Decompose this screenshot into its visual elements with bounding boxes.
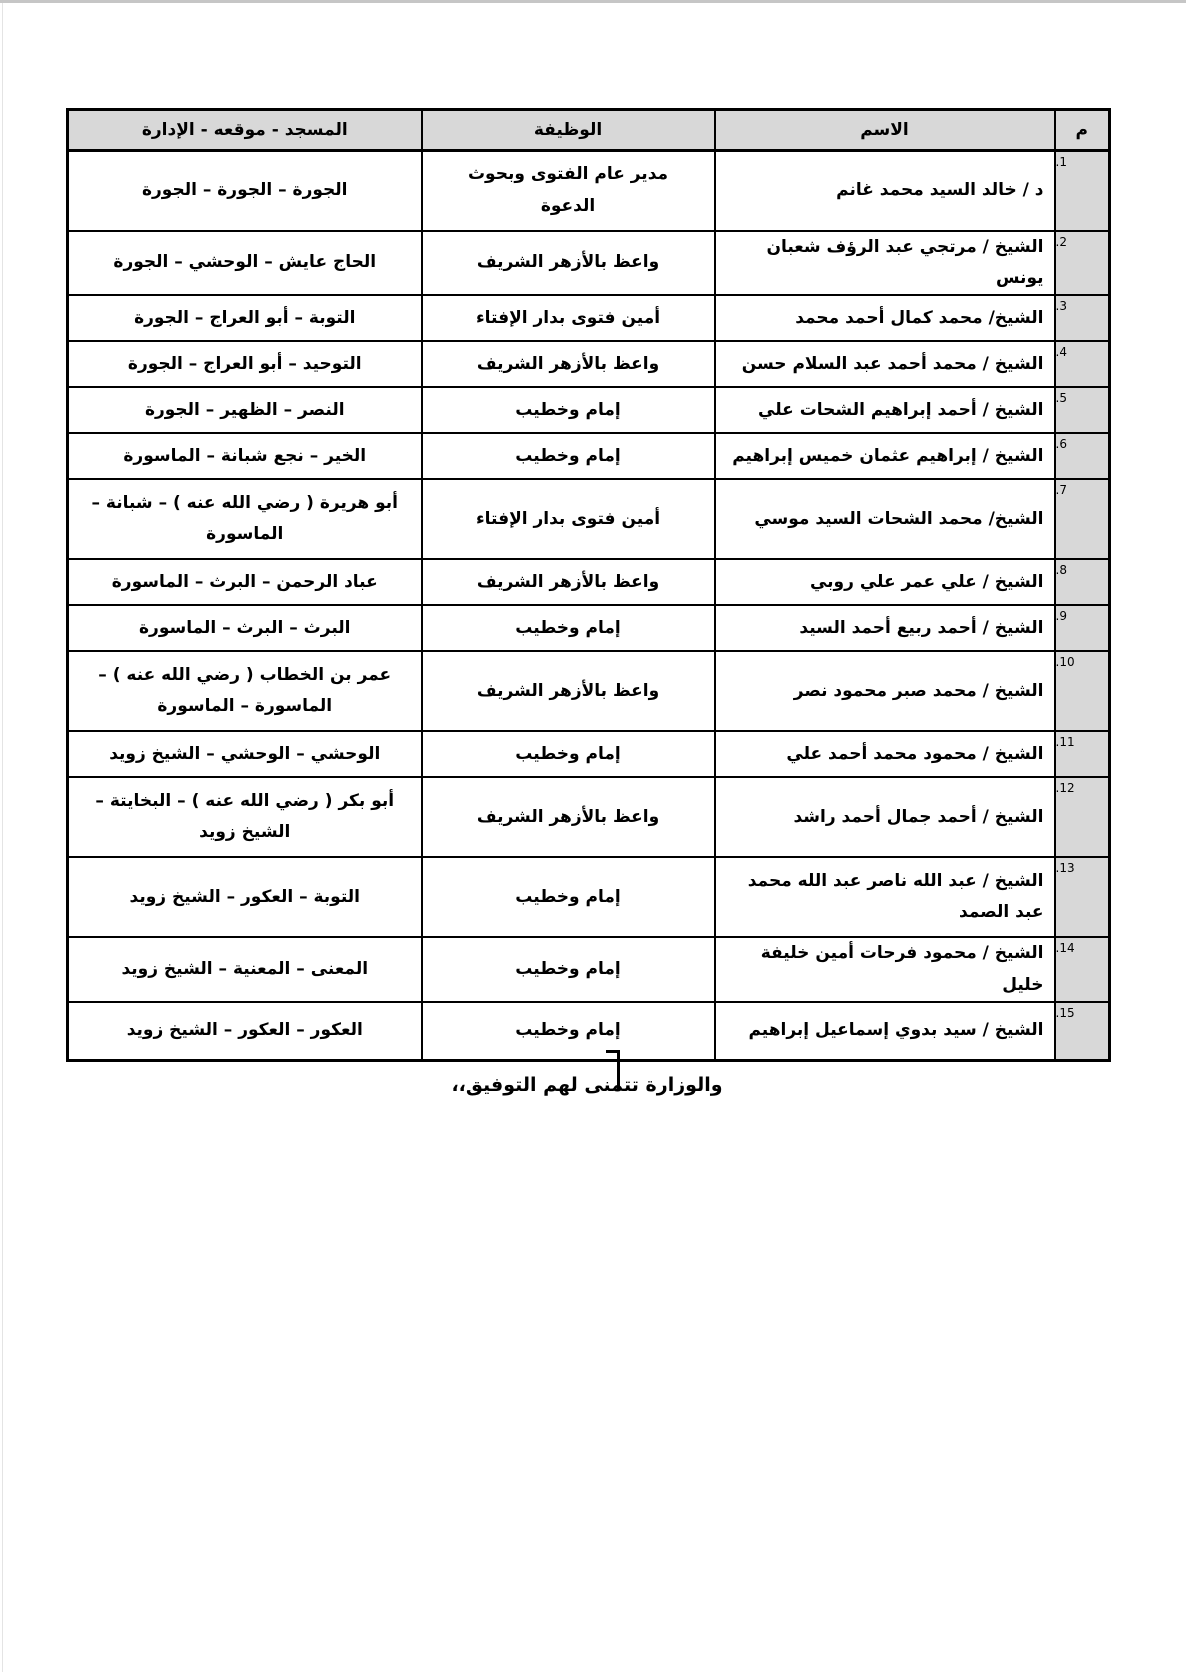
job-cell: واعظ بالأزهر الشريف xyxy=(422,341,715,387)
ministry-wish-note: والوزارة تتمنى لهم التوفيق،، xyxy=(66,1074,1108,1096)
table-row: .10 الشيخ / محمد صبر محمود نصر واعظ بالأ… xyxy=(68,651,1110,731)
job-cell: إمام وخطيب xyxy=(422,731,715,777)
mosque-cell: الوحشي – الوحشي – الشيخ زويد xyxy=(68,731,422,777)
mosque-cell: عمر بن الخطاب ( رضي الله عنه ) – الماسور… xyxy=(68,651,422,731)
row-number: .5 xyxy=(1055,387,1110,433)
job-cell: إمام وخطيب xyxy=(422,605,715,651)
name-cell: الشيخ / أحمد ربيع أحمد السيد xyxy=(715,605,1055,651)
name-cell: الشيخ / مرتجي عبد الرؤف شعبان يونس xyxy=(715,231,1055,296)
mosque-cell: الجورة – الجورة – الجورة xyxy=(68,151,422,231)
name-cell: الشيخ / سيد بدوي إسماعيل إبراهيم xyxy=(715,1002,1055,1060)
job-cell: إمام وخطيب xyxy=(422,857,715,937)
job-cell: إمام وخطيب xyxy=(422,937,715,1002)
mosque-cell: التوحيد – أبو العراج – الجورة xyxy=(68,341,422,387)
table-row: .6 الشيخ / إبراهيم عثمان خميس إبراهيم إم… xyxy=(68,433,1110,479)
document-page: { "colors": { "header_shading": "#d8d8d8… xyxy=(0,0,1186,1672)
name-cell: الشيخ/ محمد كمال أحمد محمد xyxy=(715,295,1055,341)
row-number: .13 xyxy=(1055,857,1110,937)
mosque-cell: المعنى – المعنية – الشيخ زويد xyxy=(68,937,422,1002)
name-cell: الشيخ / أحمد جمال أحمد راشد xyxy=(715,777,1055,857)
table-row: .3 الشيخ/ محمد كمال أحمد محمد أمين فتوى … xyxy=(68,295,1110,341)
job-cell: واعظ بالأزهر الشريف xyxy=(422,559,715,605)
table-row: .15 الشيخ / سيد بدوي إسماعيل إبراهيم إما… xyxy=(68,1002,1110,1060)
table-row: .9 الشيخ / أحمد ربيع أحمد السيد إمام وخط… xyxy=(68,605,1110,651)
row-number: .9 xyxy=(1055,605,1110,651)
row-number: .11 xyxy=(1055,731,1110,777)
row-number: .7 xyxy=(1055,479,1110,559)
table-header-row: م الاسم الوظيفة المسجد - موقعه - الإدارة xyxy=(68,110,1110,151)
job-cell: أمين فتوى بدار الإفتاء xyxy=(422,479,715,559)
job-cell: إمام وخطيب xyxy=(422,433,715,479)
name-cell: الشيخ / أحمد إبراهيم الشحات علي xyxy=(715,387,1055,433)
row-number: .8 xyxy=(1055,559,1110,605)
name-cell: د / خالد السيد محمد غانم xyxy=(715,151,1055,231)
mosque-cell: النصر – الظهير – الجورة xyxy=(68,387,422,433)
name-cell: الشيخ / محمود فرحات أمين خليفة خليل xyxy=(715,937,1055,1002)
name-cell: الشيخ/ محمد الشحات السيد موسي xyxy=(715,479,1055,559)
table-row: .11 الشيخ / محمود محمد أحمد علي إمام وخط… xyxy=(68,731,1110,777)
job-cell: أمين فتوى بدار الإفتاء xyxy=(422,295,715,341)
name-cell: الشيخ / محمود محمد أحمد علي xyxy=(715,731,1055,777)
name-cell: الشيخ / محمد صبر محمود نصر xyxy=(715,651,1055,731)
mosque-cell: الخير – نجع شبانة – الماسورة xyxy=(68,433,422,479)
row-number: .3 xyxy=(1055,295,1110,341)
job-cell: إمام وخطيب xyxy=(422,387,715,433)
mosque-cell: التوبة – أبو العراج – الجورة xyxy=(68,295,422,341)
header-name: الاسم xyxy=(715,110,1055,151)
job-cell: واعظ بالأزهر الشريف xyxy=(422,231,715,296)
job-cell: واعظ بالأزهر الشريف xyxy=(422,651,715,731)
stray-caret-mark xyxy=(606,1050,620,1090)
clergy-roster-table: م الاسم الوظيفة المسجد - موقعه - الإدارة… xyxy=(66,108,1111,1062)
header-mosque: المسجد - موقعه - الإدارة xyxy=(68,110,422,151)
mosque-cell: البرث – البرث – الماسورة xyxy=(68,605,422,651)
job-cell: مدير عام الفتوى وبحوث الدعوة xyxy=(422,151,715,231)
header-job: الوظيفة xyxy=(422,110,715,151)
mosque-cell: عباد الرحمن – البرث – الماسورة xyxy=(68,559,422,605)
table-row: .8 الشيخ / علي عمر علي روبي واعظ بالأزهر… xyxy=(68,559,1110,605)
table-row: .12 الشيخ / أحمد جمال أحمد راشد واعظ بال… xyxy=(68,777,1110,857)
job-cell: إمام وخطيب xyxy=(422,1002,715,1060)
row-number: .1 xyxy=(1055,151,1110,231)
row-number: .4 xyxy=(1055,341,1110,387)
page-edge-left xyxy=(2,3,3,1672)
table-row: .1 د / خالد السيد محمد غانم مدير عام الف… xyxy=(68,151,1110,231)
table-row: .14 الشيخ / محمود فرحات أمين خليفة خليل … xyxy=(68,937,1110,1002)
document-body: م الاسم الوظيفة المسجد - موقعه - الإدارة… xyxy=(66,108,1108,1096)
mosque-cell: العكور – العكور – الشيخ زويد xyxy=(68,1002,422,1060)
name-cell: الشيخ / عبد الله ناصر عبد الله محمد عبد … xyxy=(715,857,1055,937)
row-number: .12 xyxy=(1055,777,1110,857)
page-edge-top xyxy=(0,0,1186,3)
name-cell: الشيخ / محمد أحمد عبد السلام حسن xyxy=(715,341,1055,387)
row-number: .15 xyxy=(1055,1002,1110,1060)
mosque-cell: أبو هريرة ( رضي الله عنه ) – شبانة – الم… xyxy=(68,479,422,559)
name-cell: الشيخ / علي عمر علي روبي xyxy=(715,559,1055,605)
table-row: .7 الشيخ/ محمد الشحات السيد موسي أمين فت… xyxy=(68,479,1110,559)
row-number: .10 xyxy=(1055,651,1110,731)
name-cell: الشيخ / إبراهيم عثمان خميس إبراهيم xyxy=(715,433,1055,479)
table-row: .2 الشيخ / مرتجي عبد الرؤف شعبان يونس وا… xyxy=(68,231,1110,296)
job-cell: واعظ بالأزهر الشريف xyxy=(422,777,715,857)
row-number: .2 xyxy=(1055,231,1110,296)
mosque-cell: الحاج عايش – الوحشي – الجورة xyxy=(68,231,422,296)
mosque-cell: التوبة – العكور – الشيخ زويد xyxy=(68,857,422,937)
row-number: .6 xyxy=(1055,433,1110,479)
header-num: م xyxy=(1055,110,1110,151)
table-row: .4 الشيخ / محمد أحمد عبد السلام حسن واعظ… xyxy=(68,341,1110,387)
table-row: .5 الشيخ / أحمد إبراهيم الشحات علي إمام … xyxy=(68,387,1110,433)
table-row: .13 الشيخ / عبد الله ناصر عبد الله محمد … xyxy=(68,857,1110,937)
mosque-cell: أبو بكر ( رضي الله عنه ) – البخايتة – ال… xyxy=(68,777,422,857)
row-number: .14 xyxy=(1055,937,1110,1002)
